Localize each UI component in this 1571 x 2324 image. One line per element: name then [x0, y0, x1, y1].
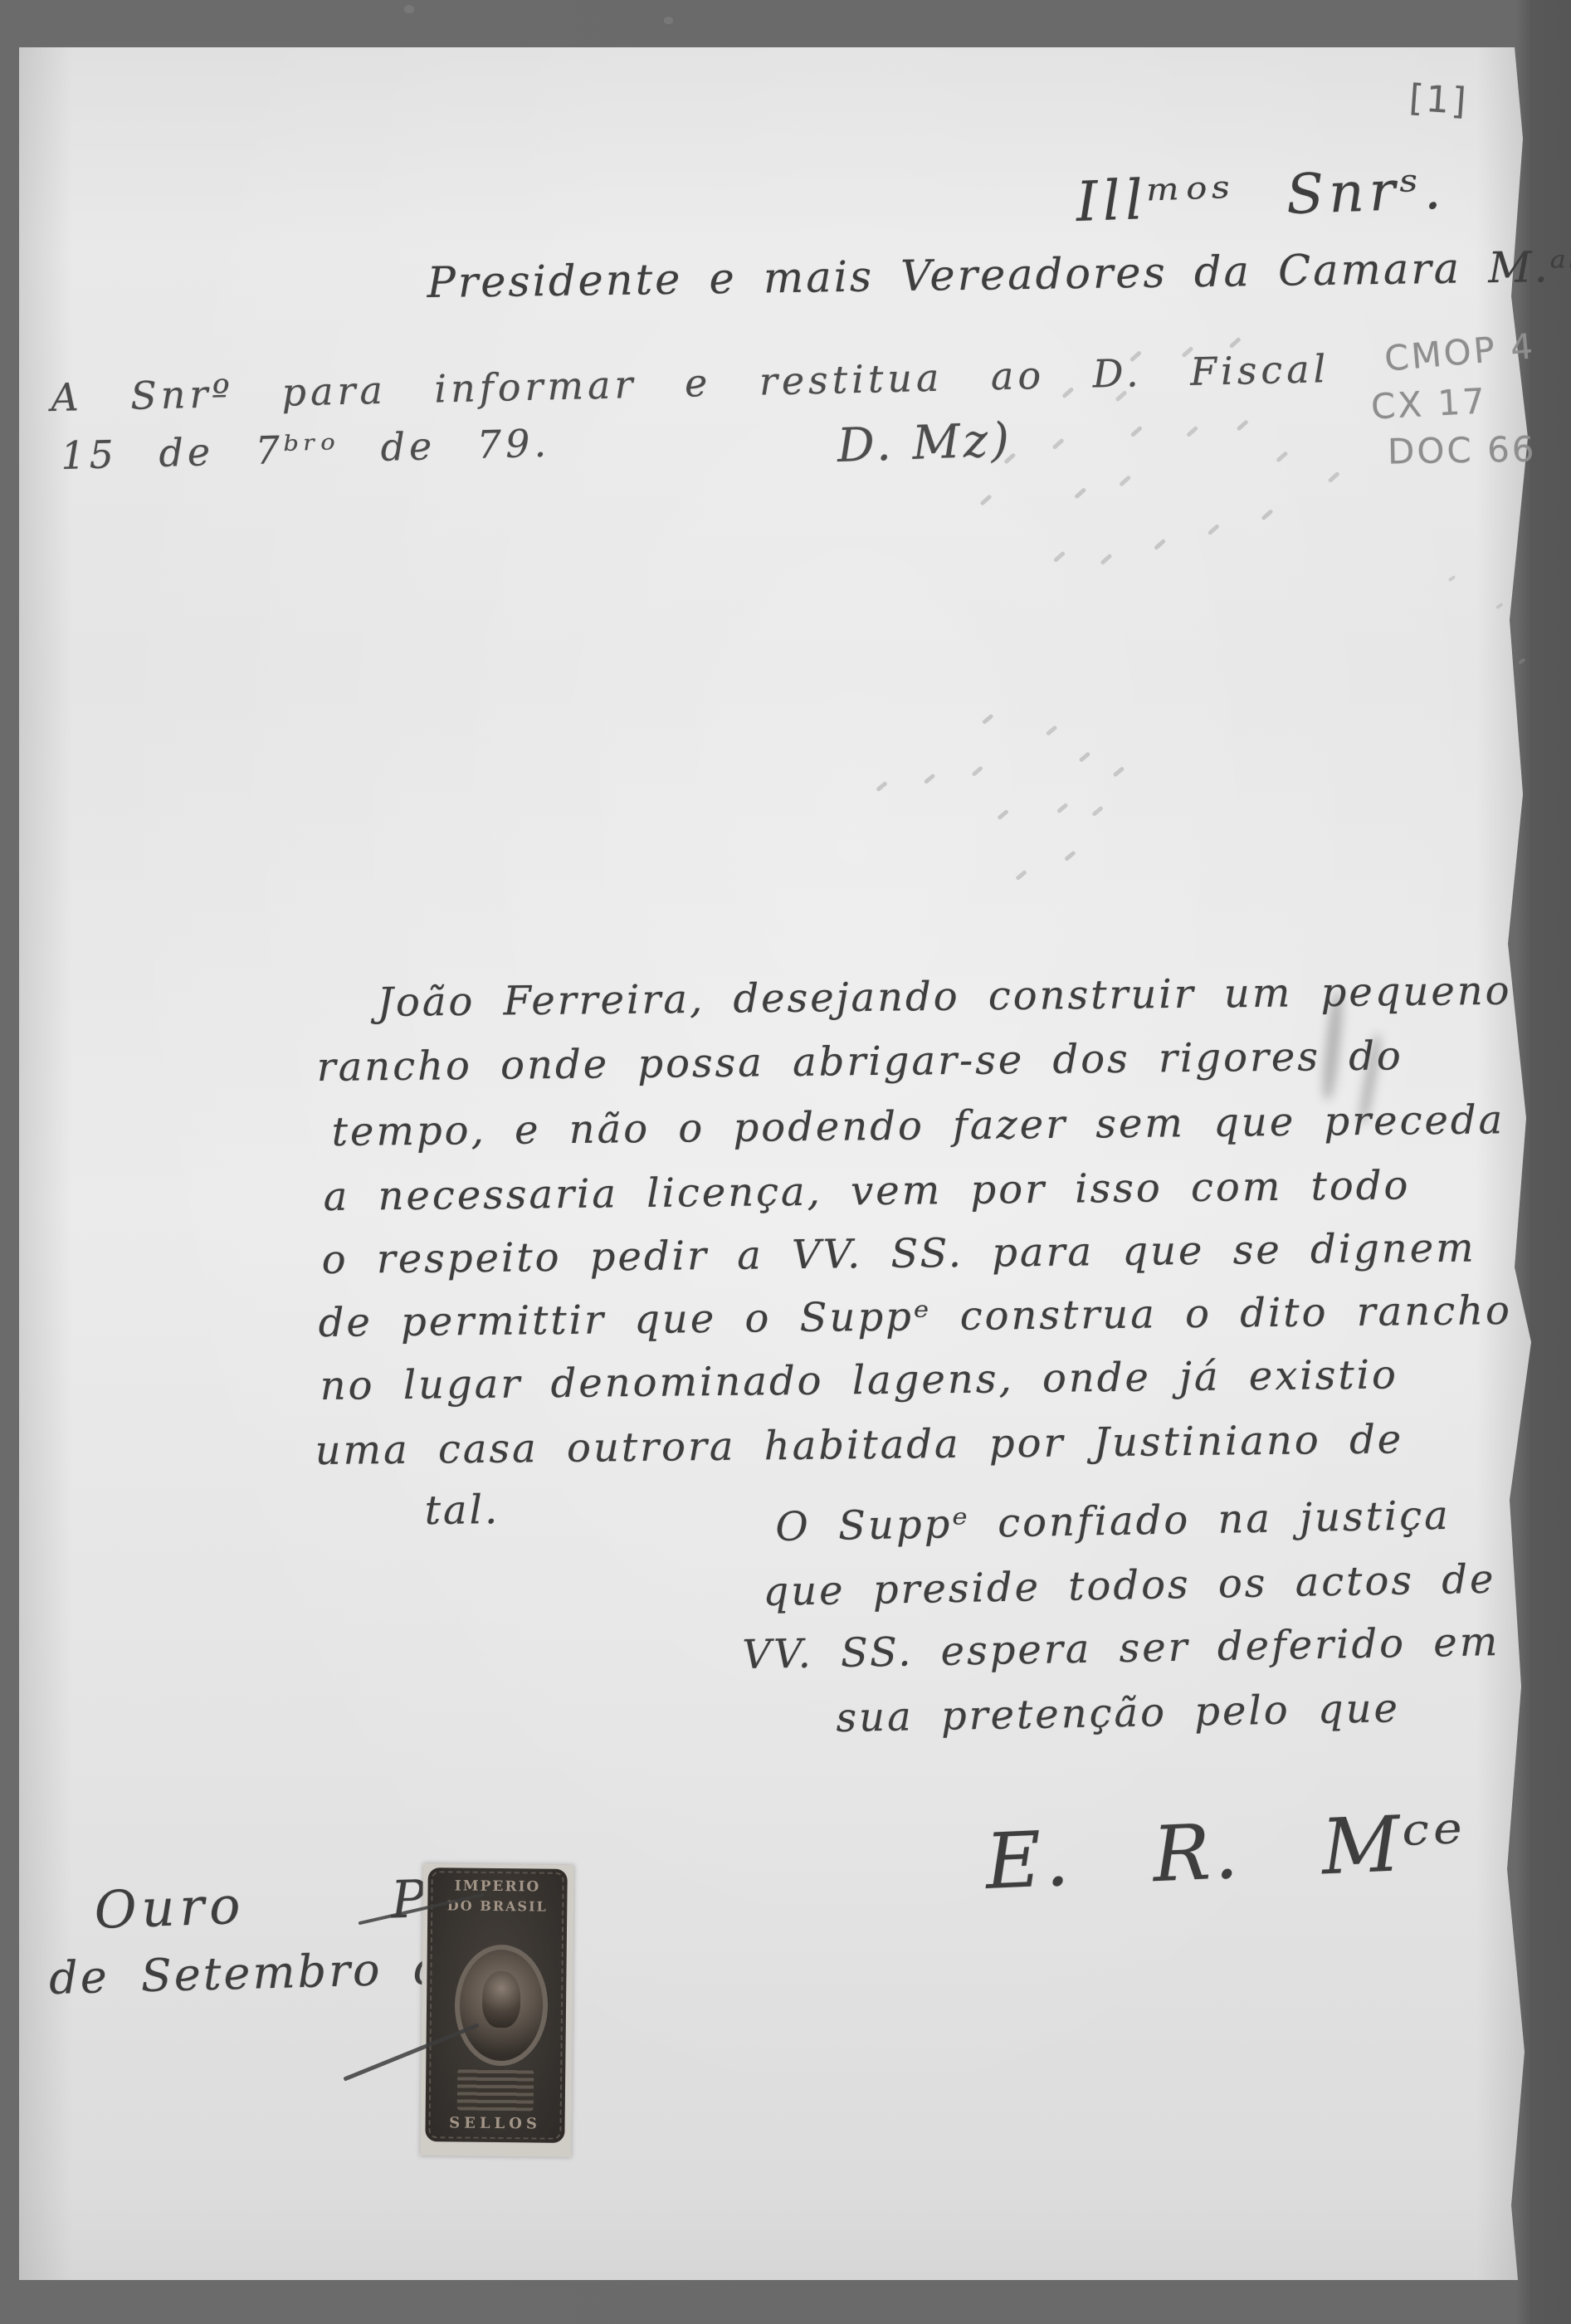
scanner-band-mark: [664, 17, 673, 24]
archive-code-line: CX 17: [1370, 380, 1488, 427]
revenue-stamp-print: IMPERIO DO BRASIL SELLOS: [425, 1867, 567, 2143]
scanner-band-mark: [404, 5, 414, 13]
revenue-stamp: IMPERIO DO BRASIL SELLOS: [420, 1863, 574, 2157]
petition-line: sua pretenção pelo que: [836, 1685, 1400, 1741]
dispatch-initials: D. Mz): [837, 413, 1013, 473]
archive-code-line: DOC 66: [1388, 428, 1537, 471]
emperor-portrait-silhouette: [482, 1971, 521, 2028]
stamp-portrait: [454, 1944, 549, 2066]
page-number-mark: [1]: [1408, 77, 1470, 124]
salutation-line: Illᵐᵒˢ Snrˢ.: [1075, 157, 1447, 234]
stamp-value-plate: [457, 2069, 534, 2112]
stamp-country-line: IMPERIO: [427, 1877, 567, 1896]
scanned-document: [1] CMOP 4 CX 17 DOC 66 Illᵐᵒˢ Snrˢ. Pre…: [0, 0, 1571, 2324]
stamp-value-label: SELLOS: [425, 2114, 564, 2133]
petition-line: tal.: [424, 1487, 500, 1534]
